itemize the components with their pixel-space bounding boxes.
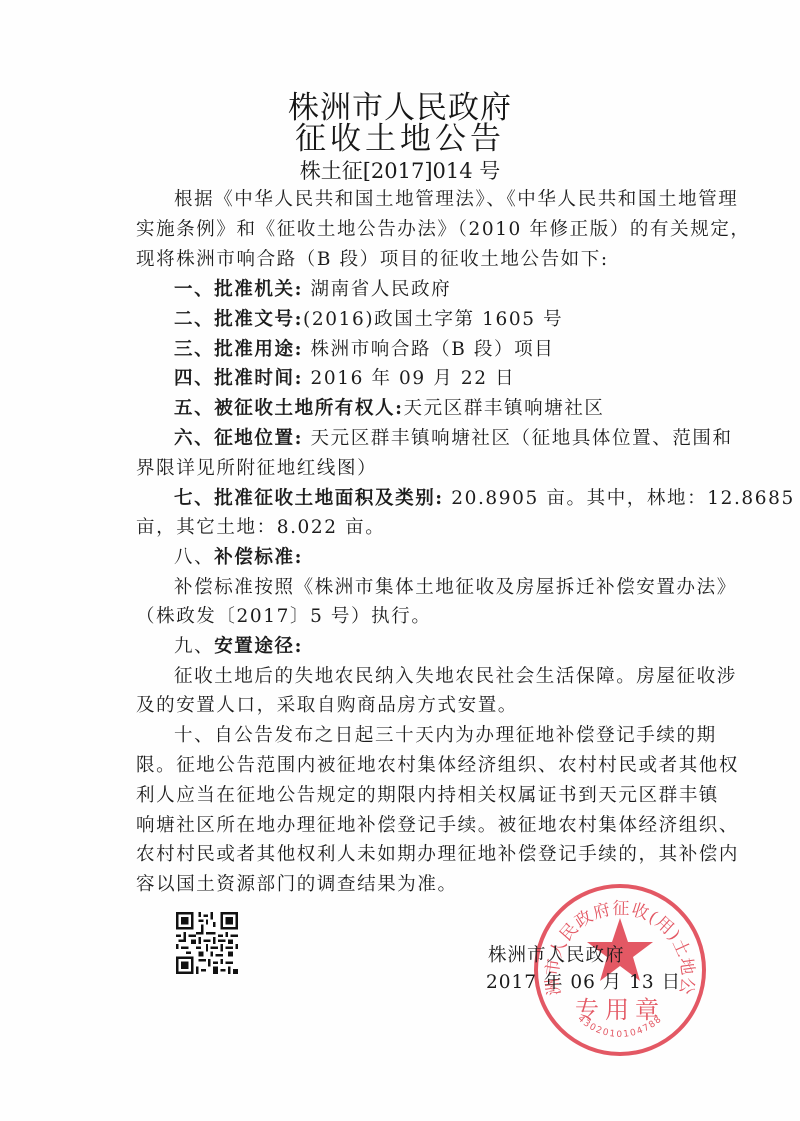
notice-title: 征收土地公告 bbox=[0, 121, 800, 157]
document-number: 株土征[2017]014 号 bbox=[0, 158, 800, 184]
item-land-area-cont: 亩，其它土地：8.022 亩。 bbox=[136, 515, 696, 541]
registration-line-3: 利人应当在征地公告规定的期限内持相关权属证书到天元区群丰镇 bbox=[136, 783, 696, 809]
heading-prefix: 八、 bbox=[174, 547, 214, 568]
item-value: 天元区群丰镇响塘社区（征地具体位置、范围和 bbox=[303, 428, 733, 449]
item-label: 四、批准时间: bbox=[174, 368, 303, 389]
item-label: 七、批准征收土地面积及类别: bbox=[174, 488, 444, 509]
registration-line-1: 十、自公告发布之日起三十天内为办理征地补偿登记手续的期 bbox=[174, 723, 696, 749]
heading-prefix: 九、 bbox=[174, 636, 214, 657]
item-value: (2016)政国土字第 1605 号 bbox=[303, 309, 563, 330]
item-approval-authority: 一、批准机关: 湖南省人民政府 bbox=[174, 277, 696, 303]
resettlement-line-1: 征收土地后的失地农民纳入失地农民社会生活保障。房屋征收涉 bbox=[174, 664, 696, 690]
intro-line-1: 根据《中华人民共和国土地管理法》、《中华人民共和国土地管理 bbox=[174, 187, 696, 213]
item-label: 六、征地位置: bbox=[174, 428, 303, 449]
section-compensation-heading: 八、补偿标准: bbox=[174, 545, 696, 571]
item-label: 五、被征收土地所有权人: bbox=[174, 398, 404, 419]
compensation-line-2: （株政发〔2017〕5 号）执行。 bbox=[136, 604, 696, 630]
item-approval-purpose: 三、批准用途: 株洲市响合路（B 段）项目 bbox=[174, 337, 696, 363]
resettlement-line-2: 及的安置人口，采取自购商品房方式安置。 bbox=[136, 693, 696, 719]
heading-text: 安置途径: bbox=[214, 636, 303, 657]
section-resettlement-heading: 九、安置途径: bbox=[174, 634, 696, 660]
item-land-location: 六、征地位置: 天元区群丰镇响塘社区（征地具体位置、范围和 bbox=[174, 426, 696, 452]
item-label: 二、批准文号: bbox=[174, 309, 303, 330]
item-label: 一、批准机关: bbox=[174, 279, 303, 300]
item-value: 20.8905 亩。其中，林地：12.8685 bbox=[444, 488, 795, 509]
item-approval-date: 四、批准时间: 2016 年 09 月 22 日 bbox=[174, 366, 696, 392]
document-page: 株洲市人民政府 征收土地公告 株土征[2017]014 号 根据《中华人民共和国… bbox=[0, 0, 800, 1121]
registration-line-5: 农村村民或者其他权利人未如期办理征地补偿登记手续的，其补偿内 bbox=[136, 842, 696, 868]
item-land-area: 七、批准征收土地面积及类别: 20.8905 亩。其中，林地：12.8685 bbox=[174, 486, 696, 512]
intro-line-2: 实施条例》和《征收土地公告办法》（2010 年修正版）的有关规定， bbox=[136, 217, 696, 243]
qr-code-icon bbox=[176, 912, 238, 974]
compensation-line-1: 补偿标准按照《株洲市集体土地征收及房屋拆迁补偿安置办法》 bbox=[174, 575, 696, 601]
item-value: 湖南省人民政府 bbox=[303, 279, 451, 300]
item-value: 株洲市响合路（B 段）项目 bbox=[303, 339, 554, 360]
intro-line-3: 现将株洲市响合路（B 段）项目的征收土地公告如下: bbox=[136, 247, 696, 273]
signature-date: 2017 年 06 月 13 日 bbox=[486, 970, 681, 996]
item-land-location-cont: 界限详见所附征地红线图） bbox=[136, 456, 696, 482]
item-label: 三、批准用途: bbox=[174, 339, 303, 360]
item-value: 2016 年 09 月 22 日 bbox=[303, 368, 515, 389]
signature-issuer: 株洲市人民政府 bbox=[488, 943, 625, 969]
heading-text: 补偿标准: bbox=[214, 547, 303, 568]
item-land-owner: 五、被征收土地所有权人:天元区群丰镇响塘社区 bbox=[174, 396, 696, 422]
item-value: 天元区群丰镇响塘社区 bbox=[404, 398, 605, 419]
registration-line-2: 限。征地公告范围内被征地农村集体经济组织、农村村民或者其他权 bbox=[136, 753, 696, 779]
registration-line-4: 响塘社区所在地办理征地补偿登记手续。被征地农村集体经济组织、 bbox=[136, 813, 696, 839]
item-approval-document: 二、批准文号:(2016)政国土字第 1605 号 bbox=[174, 307, 696, 333]
